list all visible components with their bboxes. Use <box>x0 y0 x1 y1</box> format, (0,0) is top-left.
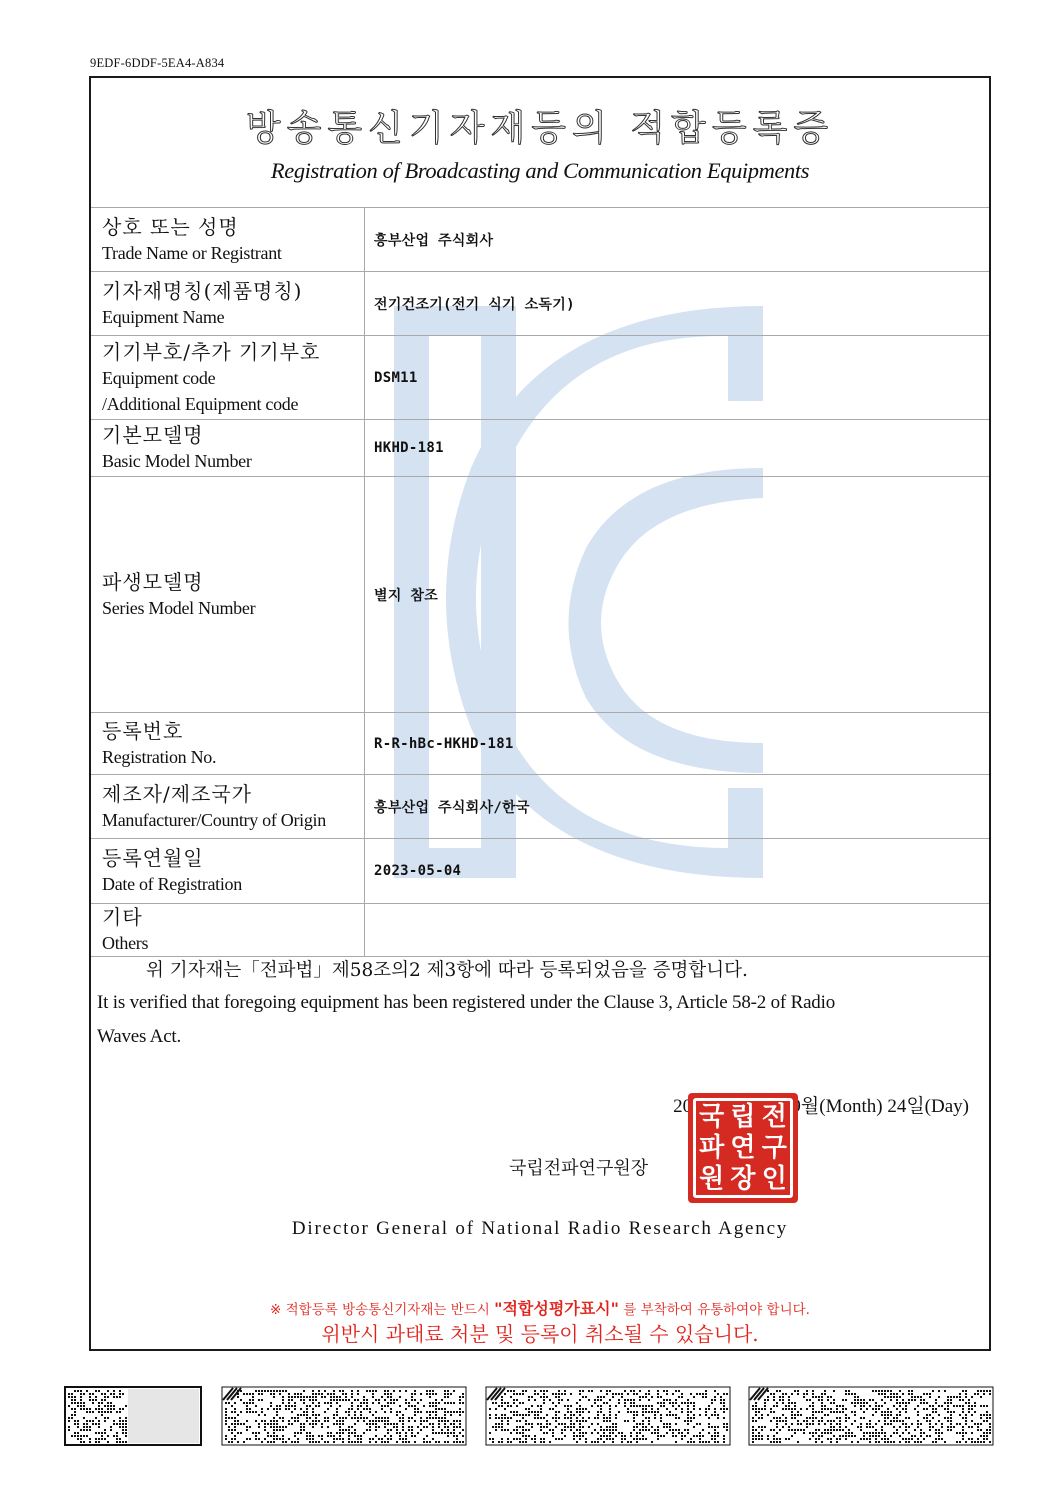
table-row-manufacturer: 제조자/제조국가Manufacturer/Country of Origin 흥… <box>91 775 989 839</box>
seal-char: 인 <box>759 1164 790 1195</box>
value-others <box>365 904 990 957</box>
statement-korean: 위 기자재는「전파법」제58조의2 제3항에 따라 등록되었음을 증명합니다. <box>91 956 989 986</box>
value-equipment-name: 전기건조기(전기 식기 소독기) <box>365 272 990 336</box>
certification-statement: 위 기자재는「전파법」제58조의2 제3항에 따라 등록되었음을 증명합니다. … <box>91 956 989 1054</box>
table-row-series-model: 파생모델명Series Model Number 별지 참조 <box>91 477 989 713</box>
table-row-basic-model: 기본모델명Basic Model Number HKHD-181 <box>91 420 989 477</box>
label-en: Trade Name or Registrant <box>102 240 364 266</box>
seal-char: 장 <box>727 1164 758 1195</box>
value-basic-model: HKHD-181 <box>365 420 990 477</box>
document-id: 9EDF-6DDF-5EA4-A834 <box>90 56 224 71</box>
2d-barcode-icon <box>64 1386 202 1446</box>
table-row-registration-no: 등록번호Registration No. R-R-hBc-HKHD-181 <box>91 713 989 775</box>
label-en: Equipment code <box>102 365 364 391</box>
value-manufacturer: 흥부산업 주식회사/한국 <box>365 775 990 839</box>
value-equipment-code: DSM11 <box>365 336 990 420</box>
label-en: Registration No. <box>102 744 364 770</box>
label-en: Equipment Name <box>102 304 364 330</box>
label-ko: 기자재명칭(제품명칭) <box>102 278 364 304</box>
value-registration-date: 2023-05-04 <box>365 839 990 904</box>
title-english: Registration of Broadcasting and Communi… <box>91 158 989 184</box>
notice-prefix: ※ 적합등록 방송통신기자재는 반드시 <box>270 1302 494 1318</box>
statement-english-line1: It is verified that foregoing equipment … <box>91 986 989 1020</box>
notice-suffix: 를 부착하여 유통하여야 합니다. <box>619 1302 810 1318</box>
statement-english-line2: Waves Act. <box>91 1020 989 1054</box>
value-registration-no: R-R-hBc-HKHD-181 <box>365 713 990 775</box>
director-title-english: Director General of National Radio Resea… <box>91 1218 989 1240</box>
barcode-strip <box>64 1386 994 1448</box>
label-ko: 상호 또는 성명 <box>102 214 364 240</box>
value-trade-name: 흥부산업 주식회사 <box>365 208 990 272</box>
label-en: Others <box>102 930 364 956</box>
seal-char: 국 <box>696 1101 727 1132</box>
notice-emphasis: "적합성평가표시" <box>494 1299 619 1318</box>
label-en: Basic Model Number <box>102 448 364 474</box>
label-ko: 기기부호/추가 기기부호 <box>102 339 364 365</box>
table-row-equipment-code: 기기부호/추가 기기부호Equipment code/Additional Eq… <box>91 336 989 420</box>
agency-name-korean: 국립전파연구원장 <box>509 1154 648 1180</box>
2d-barcode-icon <box>485 1386 731 1446</box>
notice-line2: 위반시 과태료 처분 및 등록이 취소될 수 있습니다. <box>91 1318 989 1347</box>
seal-char: 원 <box>696 1164 727 1195</box>
certificate-frame: 방송통신기자재등의 적합등록증 Registration of Broadcas… <box>89 76 991 1351</box>
notice-line1: ※ 적합등록 방송통신기자재는 반드시 "적합성평가표시" 를 부착하여 유통하… <box>91 1296 989 1319</box>
seal-char: 구 <box>759 1132 790 1163</box>
seal-char: 파 <box>696 1132 727 1163</box>
seal-char: 전 <box>759 1101 790 1132</box>
table-row-others: 기타Others <box>91 904 989 957</box>
label-ko: 등록연월일 <box>102 845 364 871</box>
2d-barcode-icon <box>221 1386 467 1446</box>
table-row-registration-date: 등록연월일Date of Registration 2023-05-04 <box>91 839 989 904</box>
label-en: /Additional Equipment code <box>102 391 364 417</box>
label-en: Date of Registration <box>102 871 364 897</box>
label-ko: 기본모델명 <box>102 422 364 448</box>
registration-table: 상호 또는 성명Trade Name or Registrant 흥부산업 주식… <box>91 207 989 957</box>
table-row-equipment-name: 기자재명칭(제품명칭)Equipment Name 전기건조기(전기 식기 소독… <box>91 272 989 336</box>
label-ko: 파생모델명 <box>102 569 364 595</box>
value-series-model: 별지 참조 <box>365 477 990 713</box>
label-ko: 기타 <box>102 904 364 930</box>
table-row-trade-name: 상호 또는 성명Trade Name or Registrant 흥부산업 주식… <box>91 208 989 272</box>
seal-char: 립 <box>727 1101 758 1132</box>
2d-barcode-icon <box>748 1386 994 1446</box>
label-ko: 제조자/제조국가 <box>102 781 364 807</box>
label-ko: 등록번호 <box>102 718 364 744</box>
seal-char: 연 <box>727 1132 758 1163</box>
official-seal-icon: 국 립 전 파 연 구 원 장 인 <box>688 1093 798 1203</box>
label-en: Manufacturer/Country of Origin <box>102 807 364 833</box>
title-korean: 방송통신기자재등의 적합등록증 <box>91 100 989 151</box>
label-en: Series Model Number <box>102 595 364 621</box>
